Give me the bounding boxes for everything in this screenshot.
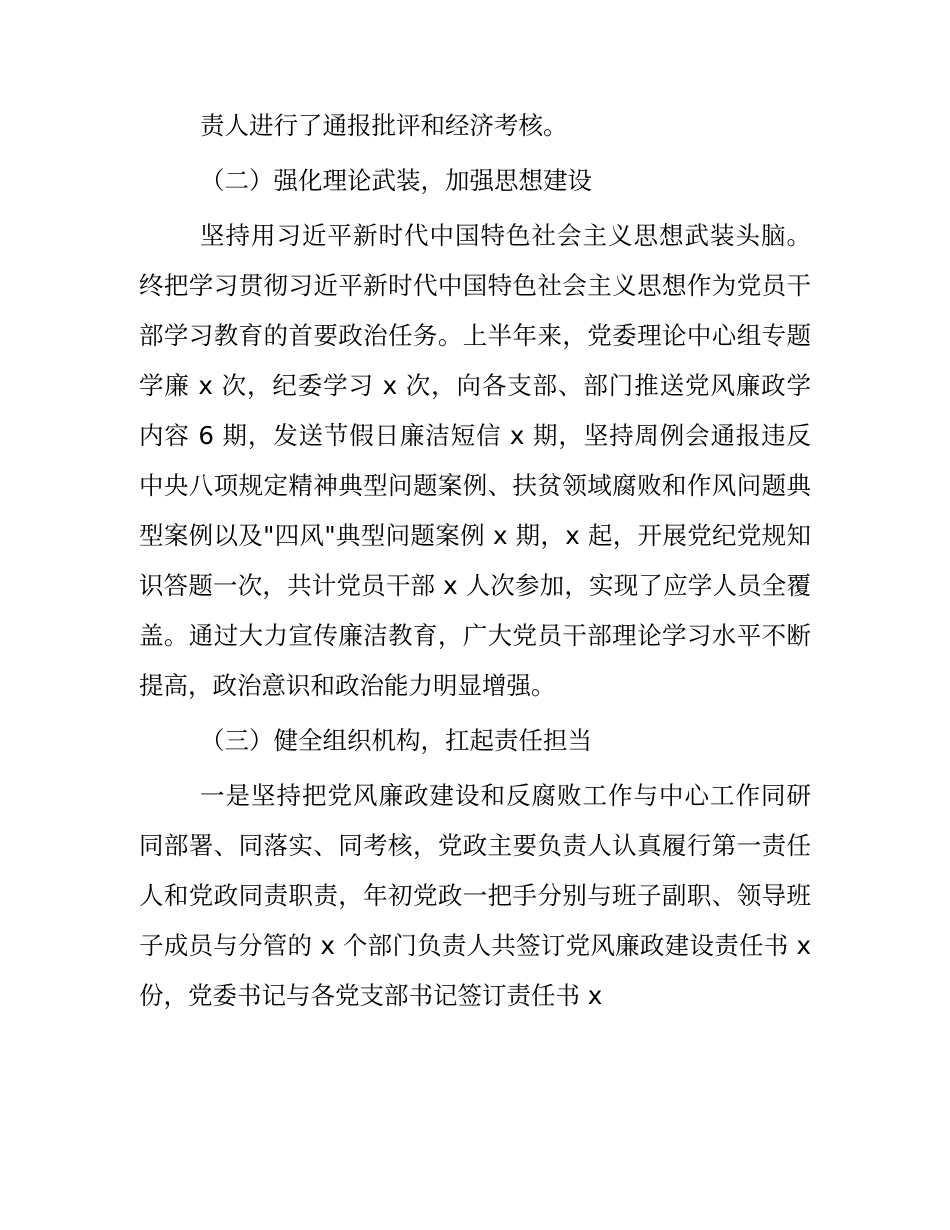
text-line: 责人进行了通报批评和经济考核。 xyxy=(139,101,811,151)
text-line: 终把学习贯彻习近平新时代中国特色社会主义思想作为党员干 xyxy=(139,261,811,311)
text-line: 坚持用习近平新时代中国特色社会主义思想武装头脑。始 xyxy=(139,211,811,261)
text-line: 识答题一次，共计党员干部 x 人次参加，实现了应学人员全覆 xyxy=(139,561,811,611)
section-heading: （三）健全组织机构，扛起责任担当 xyxy=(139,716,811,766)
text-line: 盖。通过大力宣传廉洁教育，广大党员干部理论学习水平不断 xyxy=(139,611,811,661)
text-line: 中央八项规定精神典型问题案例、扶贫领域腐败和作风问题典 xyxy=(139,461,811,511)
text-line: 学廉 x 次，纪委学习 x 次，向各支部、部门推送党风廉政学习 xyxy=(139,361,811,411)
text-line: 提高，政治意识和政治能力明显增强。 xyxy=(139,661,811,711)
paragraph: 坚持用习近平新时代中国特色社会主义思想武装头脑。始终把学习贯彻习近平新时代中国特… xyxy=(139,211,811,711)
document-page: 责人进行了通报批评和经济考核。（二）强化理论武装，加强思想建设坚持用习近平新时代… xyxy=(0,0,950,1230)
section-heading: （二）强化理论武装，加强思想建设 xyxy=(139,156,811,206)
text-line: 人和党政同责职责，年初党政一把手分别与班子副职、领导班 xyxy=(139,871,811,921)
text-line: 一是坚持把党风廉政建设和反腐败工作与中心工作同研究 xyxy=(139,771,811,821)
text-line: （二）强化理论武装，加强思想建设 xyxy=(139,156,811,206)
paragraph: 责人进行了通报批评和经济考核。 xyxy=(139,101,811,151)
paragraph: 一是坚持把党风廉政建设和反腐败工作与中心工作同研究同部署、同落实、同考核，党政主… xyxy=(139,771,811,1021)
text-line: （三）健全组织机构，扛起责任担当 xyxy=(139,716,811,766)
text-line: 份，党委书记与各党支部书记签订责任书 x xyxy=(139,971,811,1021)
document-text: 责人进行了通报批评和经济考核。（二）强化理论武装，加强思想建设坚持用习近平新时代… xyxy=(139,101,811,1026)
text-line: 子成员与分管的 x 个部门负责人共签订党风廉政建设责任书 x xyxy=(139,921,811,971)
text-line: 部学习教育的首要政治任务。上半年来，党委理论中心组专题 xyxy=(139,311,811,361)
text-line: 型案例以及"四风"典型问题案例 x 期，x 起，开展党纪党规知 xyxy=(139,511,811,561)
text-line: 同部署、同落实、同考核，党政主要负责人认真履行第一责任 xyxy=(139,821,811,871)
text-line: 内容 6 期，发送节假日廉洁短信 x 期，坚持周例会通报违反 xyxy=(139,411,811,461)
